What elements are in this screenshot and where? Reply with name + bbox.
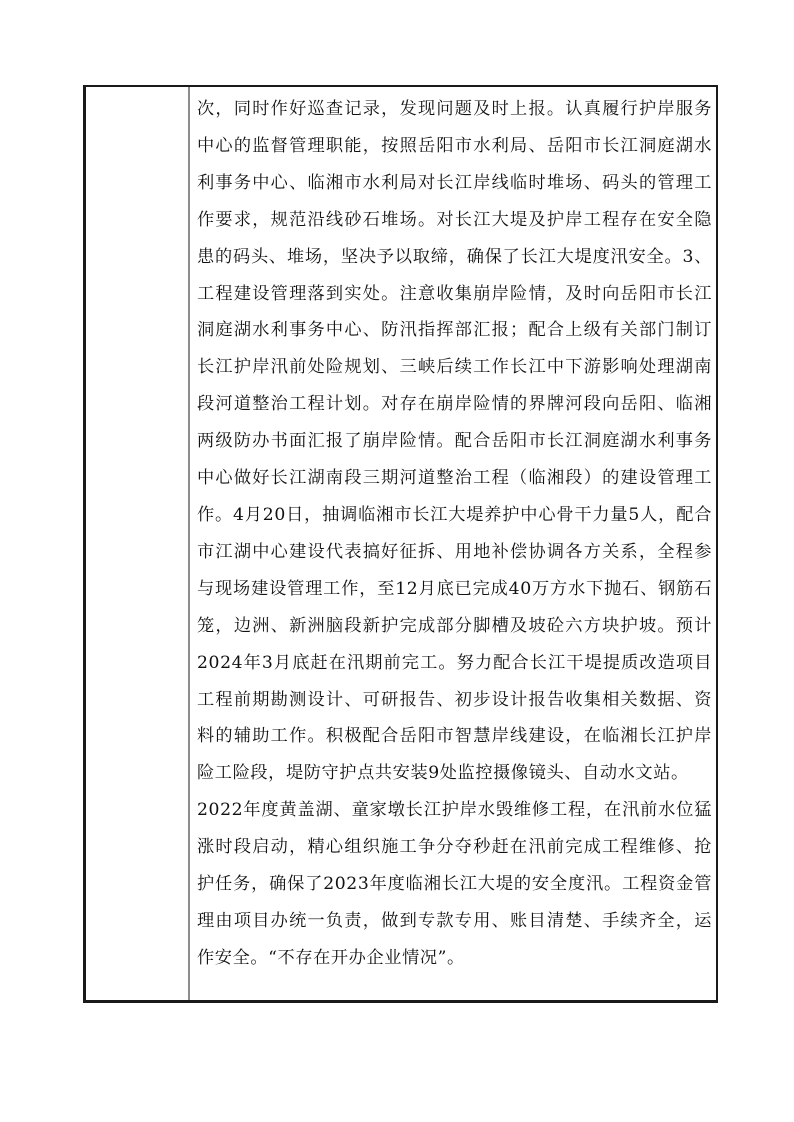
text-line: 涨时段启动，精心组织施工争分夺秒赶在汛前完成工程维修、抢 bbox=[197, 829, 712, 866]
text-line: 市江湖中心建设代表搞好征拆、用地补偿协调各方关系，全程参 bbox=[197, 534, 712, 571]
text-line: 患的码头、堆场，坚决予以取缔，确保了长江大堤度汛安全。3、 bbox=[197, 239, 712, 276]
text-line: 工程前期勘测设计、可研报告、初步设计报告收集相关数据、资 bbox=[197, 682, 712, 719]
text-line: 中心的监督管理职能，按照岳阳市水利局、岳阳市长江洞庭湖水 bbox=[197, 128, 712, 165]
text-line: 护任务，确保了2023年度临湘长江大堤的安全度汛。工程资金管 bbox=[197, 866, 712, 903]
text-line: 险工险段，堤防守护点共安装9处监控摄像镜头、自动水文站。 bbox=[197, 755, 712, 792]
text-line: 理由项目办统一负责，做到专款专用、账目清楚、手续齐全，运 bbox=[197, 903, 712, 940]
text-line: 料的辅助工作。积极配合岳阳市智慧岸线建设，在临湘长江护岸 bbox=[197, 718, 712, 755]
text-line: 长江护岸汛前处险规划、三峡后续工作长江中下游影响处理湖南 bbox=[197, 349, 712, 386]
table-left-cell bbox=[86, 87, 190, 1000]
text-line: 工程建设管理落到实处。注意收集崩岸险情，及时向岳阳市长江 bbox=[197, 276, 712, 313]
text-line: 中心做好长江湖南段三期河道整治工程（临湘段）的建设管理工 bbox=[197, 460, 712, 497]
text-line: 2024年3月底赶在汛期前完工。努力配合长江干堤提质改造项目 bbox=[197, 645, 712, 682]
text-line: 与现场建设管理工作，至12月底已完成40万方水下抛石、钢筋石 bbox=[197, 571, 712, 608]
text-line: 笼，边洲、新洲脑段新护完成部分脚槽及坡砼六方块护坡。预计 bbox=[197, 608, 712, 645]
text-line: 作安全。“不存在开办企业情况”。 bbox=[197, 940, 712, 977]
content-table: 次，同时作好巡查记录，发现问题及时上报。认真履行护岸服务 中心的监督管理职能，按… bbox=[83, 85, 718, 1003]
table-right-cell: 次，同时作好巡查记录，发现问题及时上报。认真履行护岸服务 中心的监督管理职能，按… bbox=[190, 87, 716, 1000]
text-line: 段河道整治工程计划。对存在崩岸险情的界牌河段向岳阳、临湘 bbox=[197, 386, 712, 423]
text-line: 2022年度黄盖湖、童家墩长江护岸水毁维修工程，在汛前水位猛 bbox=[197, 792, 712, 829]
text-line: 利事务中心、临湘市水利局对长江岸线临时堆场、码头的管理工 bbox=[197, 165, 712, 202]
text-line: 作要求，规范沿线砂石堆场。对长江大堤及护岸工程存在安全隐 bbox=[197, 202, 712, 239]
body-paragraph: 次，同时作好巡查记录，发现问题及时上报。认真履行护岸服务 中心的监督管理职能，按… bbox=[197, 91, 712, 977]
text-line: 两级防办书面汇报了崩岸险情。配合岳阳市长江洞庭湖水利事务 bbox=[197, 423, 712, 460]
text-line: 次，同时作好巡查记录，发现问题及时上报。认真履行护岸服务 bbox=[197, 91, 712, 128]
text-line: 作。4月20日，抽调临湘市长江大堤养护中心骨干力量5人，配合 bbox=[197, 497, 712, 534]
text-line: 洞庭湖水利事务中心、防汛指挥部汇报；配合上级有关部门制订 bbox=[197, 312, 712, 349]
